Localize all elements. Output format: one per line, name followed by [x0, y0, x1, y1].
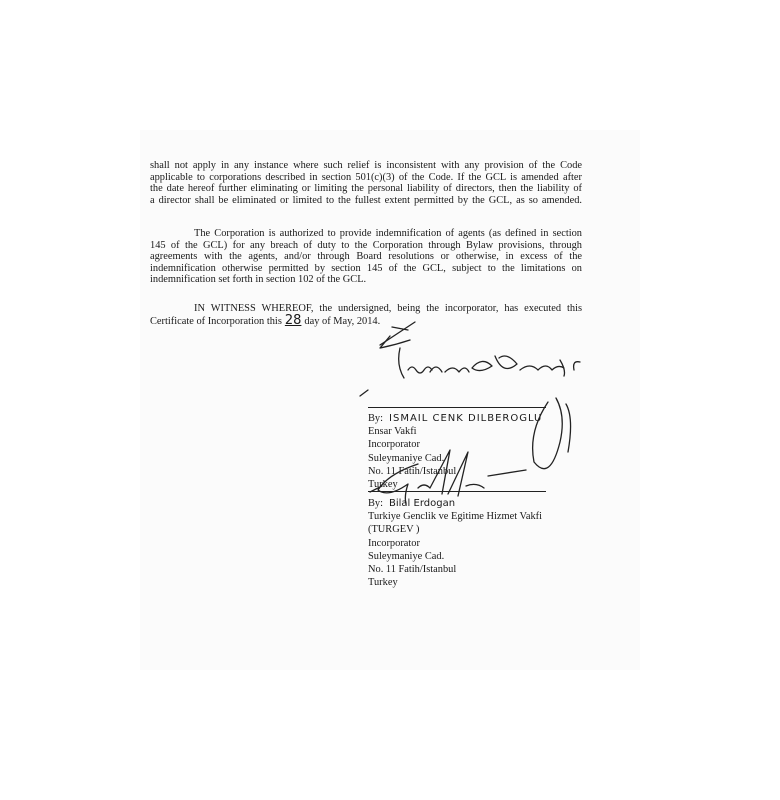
by-label: By: [368, 413, 383, 424]
text-line: applicable to corporations described in … [150, 172, 582, 184]
address-country: Turkey [368, 478, 542, 491]
text-line: the date hereof further eliminating or l… [150, 183, 582, 195]
text-line: a director shall be eliminated or limite… [150, 195, 582, 207]
org-abbrev: (TURGEV ) [368, 523, 542, 536]
text-line: IN WITNESS WHEREOF, the undersigned, bei… [150, 303, 582, 315]
text-line: indemnification set forth in section 102… [150, 274, 582, 286]
paragraph-liability: shall not apply in any instance where su… [150, 160, 582, 206]
org-name: Turkiye Genclik ve Egitime Hizmet Vakfi [368, 510, 542, 523]
role: Incorporator [368, 537, 542, 550]
org-name: Ensar Vakfi [368, 425, 542, 438]
paragraph-indemnification: The Corporation is authorized to provide… [150, 228, 582, 286]
date-suffix: day of May, 2014. [304, 316, 380, 327]
address-street: Suleymaniye Cad. [368, 452, 542, 465]
text-line: 145 of the GCL) for any breach of duty t… [150, 240, 582, 252]
by-label: By: [368, 498, 383, 509]
date-prefix: Certificate of Incorporation this [150, 316, 282, 327]
handwritten-day: 28 [282, 313, 305, 328]
address-city: No. 11 Fatih/Istanbul [368, 465, 542, 478]
signature-line-2 [368, 491, 546, 492]
signature-line-1 [368, 407, 546, 408]
signatory-block-2: By:Bilal Erdogan Turkiye Genclik ve Egit… [368, 497, 542, 589]
address-country: Turkey [368, 576, 542, 589]
address-city: No. 11 Fatih/Istanbul [368, 563, 542, 576]
paragraph-witness: IN WITNESS WHEREOF, the undersigned, bei… [150, 303, 582, 327]
text-line: indemnification otherwise permitted by s… [150, 263, 582, 275]
address-street: Suleymaniye Cad. [368, 550, 542, 563]
text-line: shall not apply in any instance where su… [150, 160, 582, 172]
text-line: Certificate of Incorporation this28day o… [150, 315, 582, 328]
text-line: agreements with the agents, and/or throu… [150, 251, 582, 263]
handwritten-name: ISMAIL CENK DILBEROGLU [389, 413, 542, 424]
text-line: The Corporation is authorized to provide… [150, 228, 582, 240]
role: Incorporator [368, 438, 542, 451]
handwritten-name: Bilal Erdogan [389, 498, 455, 509]
signatory-block-1: By:ISMAIL CENK DILBEROGLU Ensar Vakfi In… [368, 412, 542, 491]
